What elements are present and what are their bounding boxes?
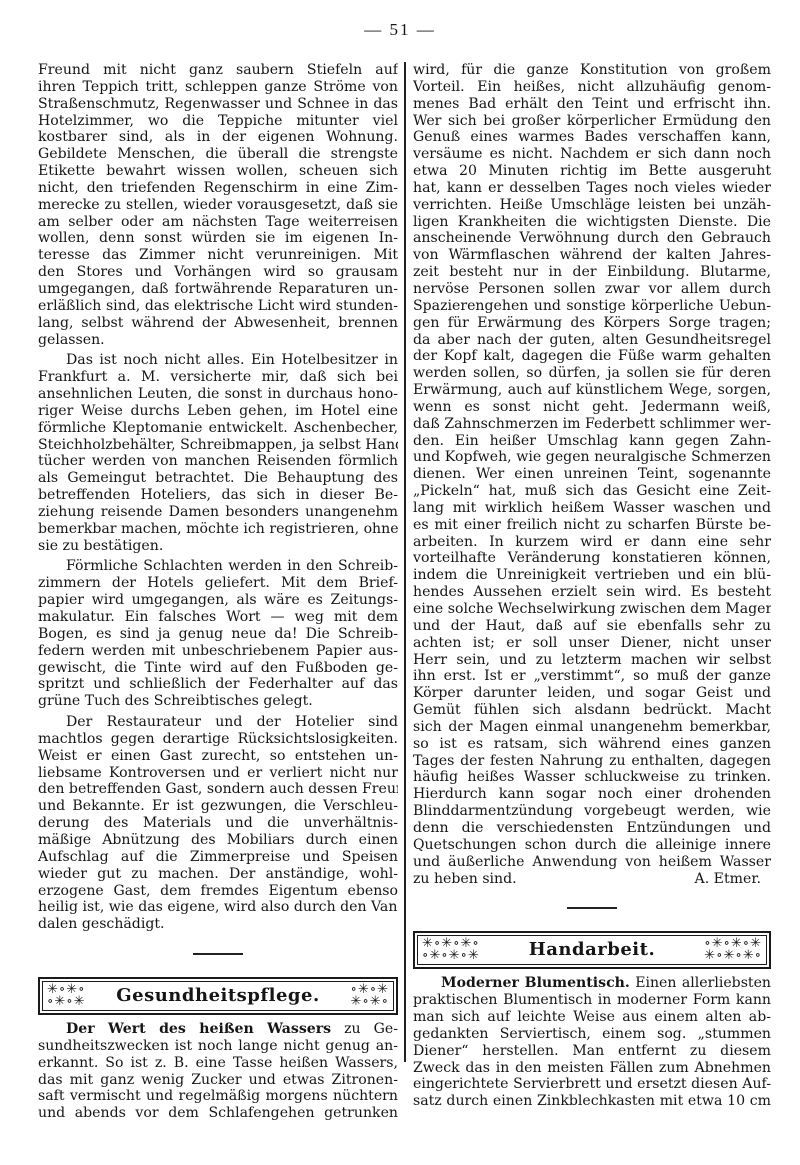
text-line: von Wärmflaschen während der kalten Jahr… [413,247,771,264]
article-hot-water: Der Wert des heißen Wassers zu Ge- sundh… [38,1021,398,1122]
text-line: den. Ein heißer Umschlag kann gegen Zahn… [413,433,771,450]
text-line: gedankten Serviertisch, einem sog. „stum… [413,1026,771,1043]
text-line: häufig heißes Wasser schluckweise zu tri… [413,769,771,786]
text-line: Genuß eines warmes Bades verschaffen kan… [413,129,771,146]
separator-rule [193,953,243,955]
text-line: Herr sein, und zu letzterm machen wir se… [413,652,771,669]
text-line: wollen, denn sonst würden sie im eigenen… [38,230,398,247]
text-line: Gebildete Menschen, die überall die stre… [38,146,398,163]
text-line: sich der Magen einmal unangenehm bemerkb… [413,719,771,736]
text-line: lang mit wirklich heißem Wasser waschen … [413,500,771,517]
text-line: praktischen Blumentisch in moderner Form… [413,992,771,1009]
text-line: man sich auf leichte Weise aus einem alt… [413,1009,771,1026]
text-line: ihren Teppich tritt, schleppen ganze Str… [38,79,398,96]
text-line: Das ist noch nicht alles. Ein Hotelbesit… [38,352,398,369]
section-header-gesundheitspflege: ✳∘✳∘ ∘✳∘✳ Gesundheitspflege. ∘✳∘✳ ✳∘✳∘ [38,977,398,1015]
text-line: bemerkbar machen, möchte ich registriere… [38,521,398,538]
text-line: umgegangen, daß fortwährende Reparaturen… [38,281,398,298]
text-line: Straßenschmutz, Regenwasser und Schnee i… [38,96,398,113]
text-line: ziehung reisende Damen besonders unangen… [38,504,398,521]
right-column: wird, für die ganze Konstitution von gro… [413,62,771,1110]
article-headline: Moderner Blumentisch. [441,975,630,991]
text-line: Spazierengehen und sonstige körperliche … [413,298,771,315]
text-line: menes Bad erhält den Teint und erfrischt… [413,96,771,113]
text-line: derung des Materials und die unverhältni… [38,815,398,832]
text-line: teresse das Zimmer nicht verunreinigen. … [38,247,398,264]
text-line: Quetschungen schon durch die alleinige i… [413,837,771,854]
text-line: Gemüt fühlen sich alsdann bedrückt. Mach… [413,702,771,719]
text-line: als Gemeingut betrachtet. Die Behauptung… [38,470,398,487]
text-line: nervöse Personen sollen zwar vor allem d… [413,281,771,298]
text-line: hendes Aussehen erzielt sein wird. Es be… [413,584,771,601]
paragraph-writing-rooms: Förmliche Schlachten werden in den Schre… [38,558,398,710]
text-line: mäßige Abnützung des Mobiliars durch ein… [38,832,398,849]
text-line: und Bekannte. Er ist gezwungen, die Vers… [38,798,398,815]
text-line: da aber nach der guten, alten Gesundheit… [413,332,771,349]
text-line: gen für Erwärmung des Körpers Sorge trag… [413,315,771,332]
ornament-icon: ✳∘✳∘ ∘✳∘✳ [47,984,86,1008]
text-line: versäume es nicht. Nachdem er sich dann … [413,146,771,163]
text-line: merecke zu stellen, wieder vorausgesetzt… [38,197,398,214]
text-line: und äußerliche Anwendung von heißem Wass… [413,854,771,871]
text-line: sundheitszwecken ist noch lange nicht ge… [38,1038,398,1055]
text-line: erzogene Gast, dem fremdes Eigentum eben… [38,883,398,900]
text-line: Hierdurch kann sogar noch einer drohende… [413,786,771,803]
text-line: Körper darunter leiden, und sogar Geist … [413,685,771,702]
text-line: Freund mit nicht ganz saubern Stiefeln a… [38,62,398,79]
page-number: — 51 — [0,20,800,40]
text-line: nicht, den triefenden Regenschirm in ein… [38,180,398,197]
text-line: Bogen, es sind ja genug neue da! Die Sch… [38,626,398,643]
text-line: eine solche Wechselwirkung zwischen dem … [413,601,771,618]
text-line: Erwärmung, auch auf künstlichem Wege, so… [413,382,771,399]
article-first-line: Der Wert des heißen Wassers zu Ge- [38,1021,398,1038]
text-line: eingerichtete Servierbrett und ersetzt d… [413,1076,771,1093]
text-line: das mit ganz wenig Zucker und etwas Zitr… [38,1072,398,1089]
text-line: spritzt und schließlich der Federhalter … [38,676,398,693]
text-line: verrichten. Heiße Umschläge leisten bei … [413,197,771,214]
text-line: papier wird umgegangen, als wäre es Zeit… [38,592,398,609]
text-line: Blinddarmentzündung vorgebeugt werden, w… [413,803,771,820]
text-line: tücher werden von manchen Reisenden förm… [38,453,398,470]
text-line: Steichholzbehälter, Schreibmappen, ja se… [38,437,398,454]
text-line: riger Weise durchs Leben gehen, im Hotel… [38,403,398,420]
text-line: kostbarer sind, als in der eigenen Wohnu… [38,129,398,146]
text-line: lang, selbst während der Abwesenheit, br… [38,315,398,332]
text-line: betreffenden Hoteliers, das sich in dies… [38,487,398,504]
text-line: den betreffenden Gast, sondern auch dess… [38,781,398,798]
column-divider [404,62,406,1062]
text-line: achten ist; er soll unser Diener, nicht … [413,635,771,652]
text-line: es mit einer freilich nicht zu scharfen … [413,517,771,534]
author-signature: A. Etmer. [695,871,761,888]
text-line: etwa 20 Minuten richtig im Bette ausgeru… [413,163,771,180]
text-line: wird, für die ganze Konstitution von gro… [413,62,771,79]
paragraph-restaurateur: Der Restaurateur und der Hotelier sindma… [38,714,398,933]
text-line: werden sollen, so dürfen, ja sollen sie … [413,365,771,382]
text-line: gelassen. [38,332,398,349]
text-line: Förmliche Schlachten werden in den Schre… [38,558,398,575]
article-hot-water-continued: wird, für die ganze Konstitution von gro… [413,62,771,871]
text-line: arbeiten. In kurzem wird er dann eine se… [413,534,771,551]
text-line: ligen Krankheiten die wichtigsten Dienst… [413,214,771,231]
text-line: grüne Tuch des Schreibtisches gelegt. [38,693,398,710]
text-line: Aufschlag auf die Zimmerpreise und Speis… [38,849,398,866]
article-first-line: Moderner Blumentisch. Einen allerliebste… [413,975,771,992]
text-line: makulatur. Ein falsches Wort — weg mit d… [38,609,398,626]
text-line: gewischt, die Tinte wird auf den Fußbode… [38,660,398,677]
text-line: Zweck das in den meisten Fällen zum Abne… [413,1060,771,1077]
text-line: liebsame Kontroversen und er verliert ni… [38,765,398,782]
text-line: Etikette bewahrt wissen wollen, scheuen … [38,163,398,180]
paragraph-kleptomania: Das ist noch nicht alles. Ein Hotelbesit… [38,352,398,554]
text-line: anscheinende Verwöhnung durch den Gebrau… [413,230,771,247]
text-line: wieder gut zu machen. Der anständige, wo… [38,866,398,883]
text-line: Hotelzimmer, wo die Teppiche mitunter vi… [38,113,398,130]
text-line: ansehnlichen Leuten, die sonst in durcha… [38,386,398,403]
text-line: hat, kann er desselben Tages noch vieles… [413,180,771,197]
text-line: erläßlich sind, das elektrische Licht wi… [38,298,398,315]
article-headline: Der Wert des heißen Wassers [66,1021,331,1037]
text-line: zeit besteht nur in der Einbildung. Blut… [413,264,771,281]
text-line: vorteilhafte Veränderung konstatieren kö… [413,550,771,567]
article-flower-table: Moderner Blumentisch. Einen allerliebste… [413,975,771,1110]
text-line: daß Zahnschmerzen im Federbett schlimmer… [413,416,771,433]
text-line: ihn erst. Ist er „verstimmt“, so muß der… [413,668,771,685]
text-line: saft vermischt und regelmäßig morgens nü… [38,1088,398,1105]
separator-rule [567,907,617,909]
article-closing-line: zu heben sind. A. Etmer. [413,871,771,888]
ornament-icon: ✳∘✳∘✳∘ ∘✳∘✳∘✳ [422,938,480,962]
text-line: dienen. Wer einen unreinen Teint, sogena… [413,466,771,483]
section-header-handarbeit: ✳∘✳∘✳∘ ∘✳∘✳∘✳ Handarbeit. ∘✳∘✳∘✳ ✳∘✳∘✳∘ [413,931,771,969]
text-line: denn die verschiedensten Entzündungen un… [413,820,771,837]
text-line: so ist es ratsam, sich während eines gan… [413,736,771,753]
text-line: „Pickeln“ hat, muß sich das Gesicht eine… [413,483,771,500]
text-line: Frankfurt a. M. versicherte mir, daß sic… [38,369,398,386]
text-line: federn werden mit unbeschriebenem Papier… [38,643,398,660]
text-line: Der Restaurateur und der Hotelier sind [38,714,398,731]
text-line: und Kopfweh, wie gegen neuralgische Schm… [413,449,771,466]
text-line: dalen geschädigt. [38,916,398,933]
text-line: förmliche Kleptomanie entwickelt. Aschen… [38,420,398,437]
text-line: und abends vor dem Schlafengehen getrunk… [38,1105,398,1122]
text-line: heilig ist, wie das eigene, wird also du… [38,899,398,916]
ornament-icon: ∘✳∘✳ ✳∘✳∘ [350,984,389,1008]
text-line: Wer sich bei großer körperlicher Ermüdun… [413,113,771,130]
text-line: zimmern der Hotels geliefert. Mit dem Br… [38,575,398,592]
text-line: den Stores und Vorhängen wird so grausam [38,264,398,281]
text-line: Weist er einen Gast zurecht, so entstehe… [38,748,398,765]
section-title: Handarbeit. [480,942,704,959]
left-column: Freund mit nicht ganz saubern Stiefeln a… [38,62,398,1122]
text-line: am selber oder am nächsten Tage weiterre… [38,214,398,231]
text-line: sie zu bestätigen. [38,538,398,555]
section-title: Gesundheitspflege. [86,988,351,1005]
text-line: Diener“ herstellen. Man entfernt zu dies… [413,1043,771,1060]
text-line: und der Haut, daß auf sie ebenfalls sehr… [413,618,771,635]
text-line: satz durch einen Zinkblechkasten mit etw… [413,1093,771,1110]
text-line: machtlos gegen derartige Rücksichtslosig… [38,731,398,748]
text-line: Tages der festen Nahrung zu enthalten, d… [413,753,771,770]
text-line: indem die Unreinigkeit vertrieben und ei… [413,567,771,584]
ornament-icon: ∘✳∘✳∘✳ ✳∘✳∘✳∘ [704,938,762,962]
paragraph-hotel-guests: Freund mit nicht ganz saubern Stiefeln a… [38,62,398,348]
text-line: wenn es sonst nicht geht. Jedermann weiß… [413,399,771,416]
text-line: der Kopf kalt, dagegen die Füße warm geh… [413,348,771,365]
text-line: Vorteil. Ein heißes, nicht allzuhäufig g… [413,79,771,96]
text-line: erkannt. So ist z. B. eine Tasse heißen … [38,1055,398,1072]
